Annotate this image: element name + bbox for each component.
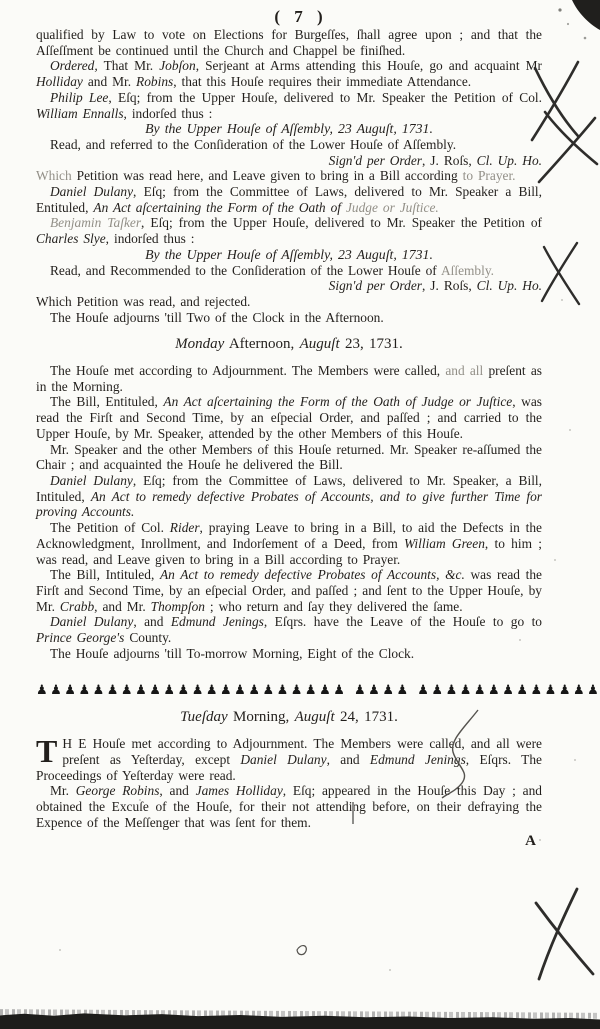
bill-reading-paragraph: The Bill, Intituled, An Act to remedy de…	[36, 567, 542, 614]
stray-ink-line	[352, 802, 354, 824]
scanned-document-page: ( 7 ) qualified by Law to vote on Electi…	[0, 0, 600, 1029]
resolution-line: Read, and referred to the Conſideration …	[36, 137, 542, 153]
signature-row: A	[36, 833, 542, 851]
ornament-divider: ♟♟♟♟♟♟♟♟♟♟♟♟♟♟♟♟♟♟♟♟♟♟ ♟♟♟♟ ♟♟♟♟♟♟♟♟♟♟♟♟…	[36, 683, 542, 698]
petition-paragraph: The Petition of Col. Rider, praying Leav…	[36, 520, 542, 567]
drop-cap: T	[36, 736, 62, 764]
bill-reading-paragraph: The Bill, Entituled, An Act aſcertaining…	[36, 394, 542, 441]
date-heading: Tueſday Morning, Auguſt 24, 1731.	[36, 710, 542, 726]
excuse-paragraph: Mr. George Robins, and James Holliday, E…	[36, 783, 542, 830]
margin-x-mark-bottom	[536, 889, 593, 979]
date-heading: Monday Afternoon, Auguſt 23, 1731.	[36, 337, 542, 353]
page-number: ( 7 )	[0, 0, 600, 27]
resolution-line: Read, and Recommended to the Conſiderati…	[36, 263, 542, 279]
adjournment-line: The Houſe adjourns 'till To-morrow Morni…	[36, 646, 542, 662]
message-paragraph: Benjamin Taſker, Eſq; from the Upper Hou…	[36, 215, 542, 246]
signature-line: Sign'd per Order, J. Roſs, Cl. Up. Ho.	[36, 278, 542, 294]
endorsement-line: By the Upper Houſe of Aſſembly, 23 Auguſ…	[36, 247, 542, 263]
endorsement-line: By the Upper Houſe of Aſſembly, 23 Auguſ…	[36, 121, 542, 137]
petition-paragraph: Which Petition was read here, and Leave …	[36, 168, 542, 184]
session-open-paragraph: TH E Houſe met according to Adjournment.…	[36, 736, 542, 783]
gathering-signature: A	[525, 833, 536, 850]
petition-result-line: Which Petition was read, and rejected.	[36, 294, 542, 310]
bill-paragraph: Daniel Dulany, Eſq; from the Committee o…	[36, 184, 542, 215]
message-paragraph: Philip Lee, Eſq; from the Upper Houſe, d…	[36, 90, 542, 121]
margin-x-mark-middle	[542, 243, 579, 304]
bill-paragraph: Daniel Dulany, Eſq; from the Committee o…	[36, 473, 542, 520]
speck	[584, 37, 587, 40]
order-paragraph: Ordered, That Mr. Jobſon, Serjeant at Ar…	[36, 58, 542, 89]
catchword-ornament	[297, 946, 306, 955]
page-content: qualified by Law to vote on Elections fo…	[36, 27, 542, 851]
leave-paragraph: Daniel Dulany, and Edmund Jenings, Eſqrs…	[36, 614, 542, 645]
running-text-paragraph: qualified by Law to vote on Elections fo…	[36, 27, 542, 58]
speaker-return-paragraph: Mr. Speaker and the other Members of thi…	[36, 442, 542, 473]
adjournment-line: The Houſe adjourns 'till Two of the Cloc…	[36, 310, 542, 326]
session-open-paragraph: The Houſe met according to Adjournment. …	[36, 363, 542, 394]
signature-line: Sign'd per Order, J. Roſs, Cl. Up. Ho.	[36, 153, 542, 169]
